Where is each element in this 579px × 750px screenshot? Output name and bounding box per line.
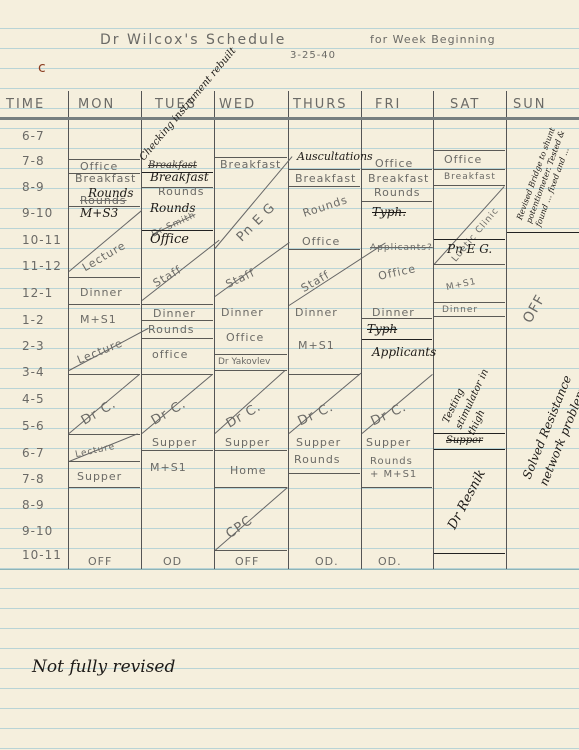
column-divider bbox=[288, 91, 289, 569]
wed-office: Office bbox=[226, 331, 264, 344]
wed-staff: Staff bbox=[224, 266, 257, 291]
column-divider bbox=[433, 91, 434, 569]
fri-rounds: Rounds bbox=[374, 186, 421, 199]
mon-rounds: Rounds bbox=[88, 186, 134, 200]
tues-dr-c: Dr C. bbox=[149, 397, 189, 429]
header-fri: FRI bbox=[375, 97, 401, 112]
thurs-ms1: M+S1 bbox=[298, 339, 335, 352]
time-label: 4-5 bbox=[22, 392, 45, 406]
tues-dinner: Dinner bbox=[153, 307, 196, 320]
thurs-breakfast: Breakfast bbox=[295, 172, 356, 185]
fri-applicants-2: Applicants bbox=[372, 345, 436, 359]
wed-peg: Pn E G bbox=[234, 200, 279, 245]
schedule-page: Dr Wilcox's Schedule for Week Beginning … bbox=[0, 0, 579, 750]
wed-supper: Supper bbox=[225, 436, 270, 449]
fri-typh-2: Typh bbox=[367, 322, 397, 336]
sat-office: Office bbox=[444, 153, 482, 166]
thurs-rounds-eve: Rounds bbox=[294, 453, 341, 466]
thurs-rounds: Rounds bbox=[301, 193, 349, 220]
time-label: 7-8 bbox=[22, 472, 45, 486]
sat-dr-resnik: Dr Resnik bbox=[445, 467, 489, 532]
fri-applicants: Applicants? bbox=[370, 243, 433, 253]
time-label: 8-9 bbox=[22, 498, 45, 512]
time-label: 2-3 bbox=[22, 339, 45, 353]
sat-ms1: M+S1 bbox=[445, 277, 477, 293]
wed-breakfast: Breakfast bbox=[220, 158, 281, 171]
sun-off: OFF bbox=[520, 292, 549, 326]
thurs-office: Office bbox=[302, 235, 340, 248]
tues-od: OD bbox=[163, 555, 182, 568]
time-label: 10-11 bbox=[22, 233, 62, 247]
column-divider bbox=[506, 91, 507, 569]
sat-dinner: Dinner bbox=[442, 305, 478, 315]
sat-peg: Pn E G. bbox=[447, 242, 492, 256]
column-divider bbox=[68, 91, 69, 569]
time-label: 5-6 bbox=[22, 419, 45, 433]
time-label: 11-12 bbox=[22, 259, 62, 273]
fri-office: Office bbox=[377, 262, 417, 283]
tues-breakfast: Breakfast bbox=[150, 170, 209, 184]
schedule-title: Dr Wilcox's Schedule bbox=[100, 32, 286, 48]
thurs-auscultations: Auscultations bbox=[297, 150, 373, 163]
sun-note-pm: Solved Resistance network problem bbox=[518, 364, 579, 489]
time-label: 9-10 bbox=[22, 524, 53, 538]
mon-ms1: M+S1 bbox=[80, 313, 117, 326]
sat-testing-stimulator: Testing stimulator in thigh bbox=[440, 338, 516, 437]
thurs-dr-c: Dr C. bbox=[296, 400, 337, 430]
thurs-staff: Staff bbox=[299, 268, 332, 295]
tues-rounds-pencil: Rounds bbox=[158, 185, 205, 198]
time-label: 6-7 bbox=[22, 446, 45, 460]
column-divider bbox=[214, 91, 215, 569]
tues-staff: Staff bbox=[151, 263, 184, 290]
thurs-dinner: Dinner bbox=[295, 306, 338, 319]
time-label: 10-11 bbox=[22, 548, 62, 562]
fri-supper: Supper bbox=[366, 436, 411, 449]
fri-rounds-ms1: Rounds + M+S1 bbox=[370, 455, 425, 481]
time-label: 9-10 bbox=[22, 206, 53, 220]
time-label: 12-1 bbox=[22, 286, 53, 300]
mon-ms3: M+S3 bbox=[80, 206, 118, 220]
week-date: 3-25-40 bbox=[290, 50, 336, 61]
time-label: 1-2 bbox=[22, 313, 45, 327]
footer-note: Not fully revised bbox=[32, 657, 175, 677]
thurs-supper: Supper bbox=[296, 436, 341, 449]
tues-rounds-pm: Rounds bbox=[148, 323, 195, 336]
tues-office-ink: Office bbox=[150, 232, 189, 247]
mon-lecture-pm: Lecture bbox=[75, 336, 124, 366]
fri-breakfast: Breakfast bbox=[368, 172, 429, 185]
schedule-subtitle: for Week Beginning bbox=[370, 33, 496, 46]
time-label: 3-4 bbox=[22, 365, 45, 379]
sat-breakfast: Breakfast bbox=[444, 172, 496, 182]
fri-od: OD. bbox=[378, 555, 402, 568]
header-mon: MON bbox=[78, 97, 115, 112]
tues-office: office bbox=[152, 348, 188, 361]
sat-supper: Supper bbox=[446, 435, 483, 446]
header-sun: SUN bbox=[513, 97, 547, 112]
tues-supper: Supper bbox=[152, 436, 197, 449]
header-wed: WED bbox=[219, 97, 256, 112]
header-rule bbox=[0, 117, 579, 120]
wed-dr-c: Dr C. bbox=[224, 400, 264, 432]
time-label: 8-9 bbox=[22, 180, 45, 194]
mon-off: OFF bbox=[88, 555, 112, 568]
sun-note-am: Revised Bridge to shunt potentiometer. T… bbox=[515, 115, 579, 229]
mon-dr-c: Dr C. bbox=[79, 397, 119, 429]
mon-supper: Supper bbox=[77, 470, 122, 483]
stray-mark: c bbox=[38, 60, 47, 76]
mon-breakfast: Breakfast bbox=[75, 172, 136, 185]
wed-dr-yakovlev: Dr Yakovlev bbox=[218, 357, 270, 367]
fri-dr-c: Dr C. bbox=[369, 400, 410, 430]
time-label: 7-8 bbox=[22, 154, 45, 168]
fri-typh: Typh. bbox=[372, 205, 406, 219]
time-label: 6-7 bbox=[22, 129, 45, 143]
wed-home: Home bbox=[230, 464, 266, 477]
mon-lecture-eve: Lecture bbox=[74, 442, 116, 460]
tues-ms1: M+S1 bbox=[150, 461, 187, 474]
header-sat: SAT bbox=[450, 97, 480, 112]
header-thurs: THURS bbox=[293, 97, 348, 112]
wed-dinner: Dinner bbox=[221, 306, 264, 319]
header-time: TIME bbox=[6, 97, 45, 112]
wed-off: OFF bbox=[235, 555, 259, 568]
thurs-od: OD. bbox=[315, 555, 339, 568]
mon-dinner: Dinner bbox=[80, 286, 123, 299]
